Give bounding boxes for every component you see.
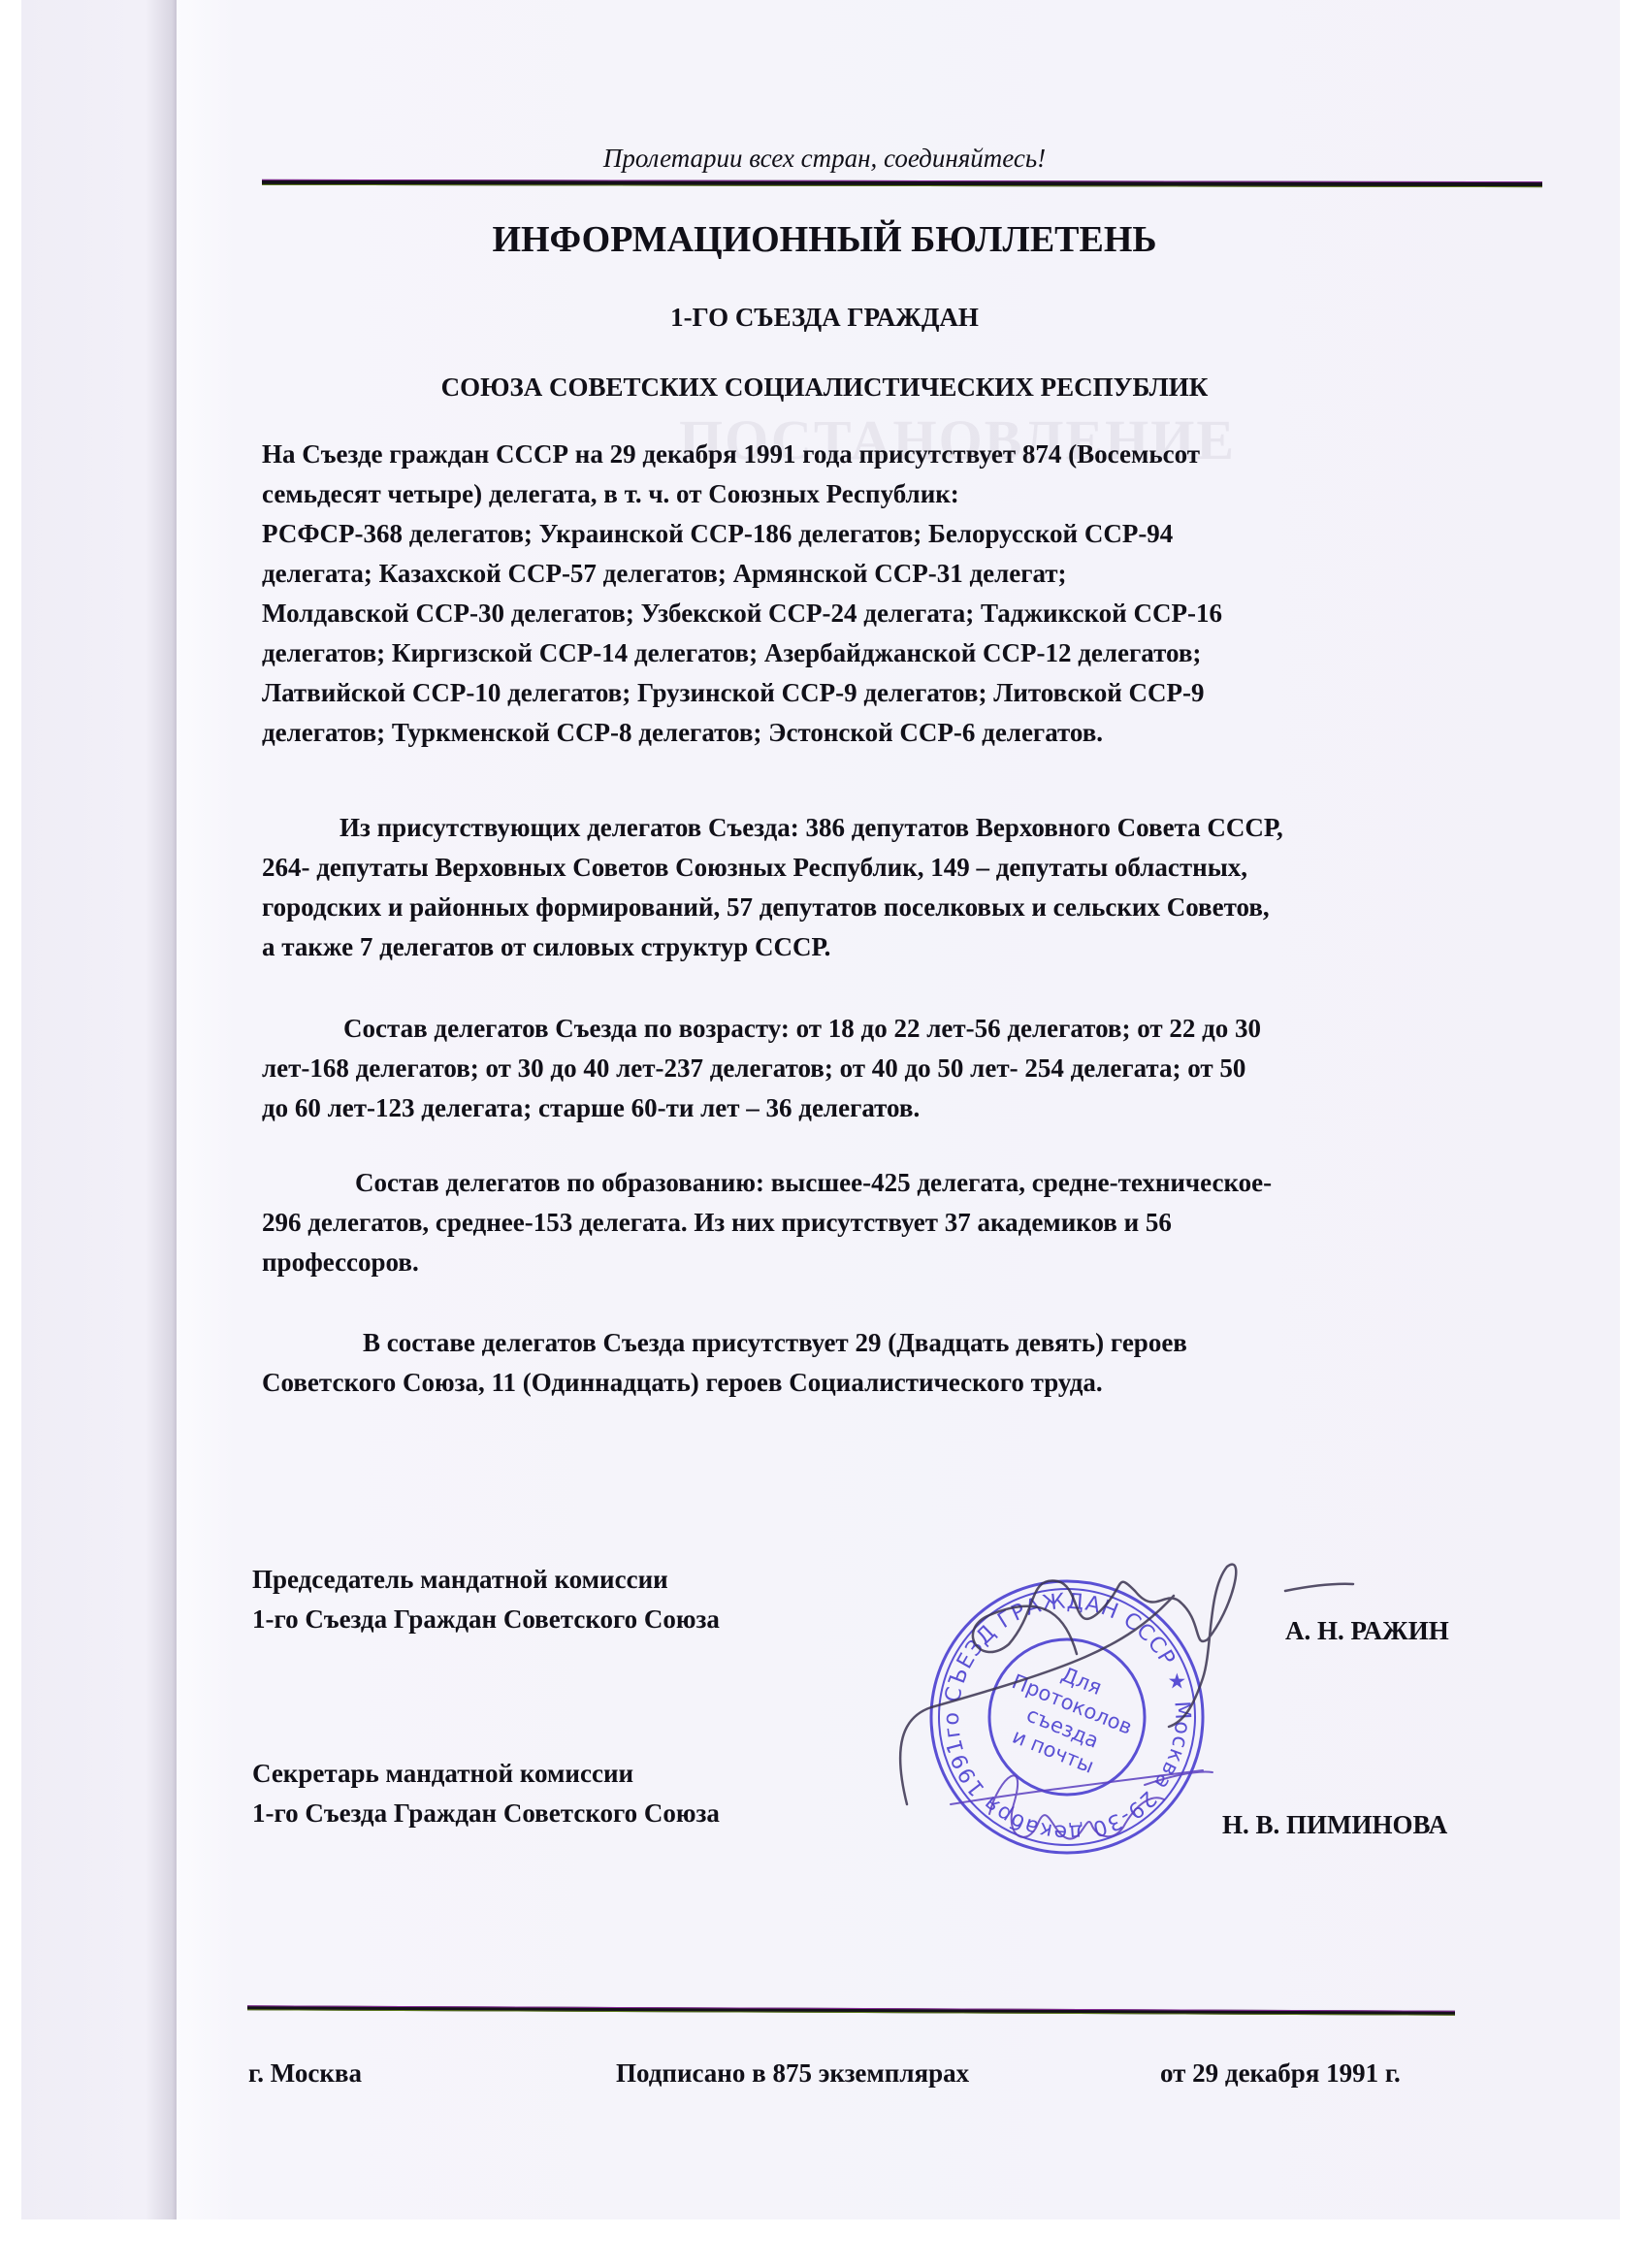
handwritten-signatures <box>0 0 1649 2268</box>
paragraph-heroes: В составе делегатов Съезда присутствует … <box>262 1323 1523 1403</box>
paragraph-education-composition: Состав делегатов по образованию: высшее-… <box>262 1163 1523 1282</box>
footer-city: г. Москва <box>248 2058 362 2089</box>
signature-title-line: 1-го Съезда Граждан Советского Союза <box>252 1600 720 1639</box>
text-line: Состав делегатов по образованию: высшее-… <box>262 1163 1523 1203</box>
signature-title-line: 1-го Съезда Граждан Советского Союза <box>252 1794 720 1833</box>
paragraph-delegates-by-republic: На Съезде граждан СССР на 29 декабря 199… <box>262 435 1523 753</box>
document-title: ИНФОРМАЦИОННЫЙ БЮЛЛЕТЕНЬ <box>0 218 1649 261</box>
chairman-title: Председатель мандатной комиссии 1-го Съе… <box>252 1560 720 1639</box>
official-stamp-icon: СЪЕЗД ГРАЖДАН СССР ★ Москва 29-30 декабр… <box>926 1576 1208 1858</box>
text-line: лет-168 делегатов; от 30 до 40 лет-237 д… <box>262 1049 1523 1088</box>
text-line: Состав делегатов Съезда по возрасту: от … <box>262 1009 1523 1049</box>
text-line: профессоров. <box>262 1243 1523 1282</box>
text-line: а также 7 делегатов от силовых структур … <box>262 927 1523 967</box>
text-line: Советского Союза, 11 (Одиннадцать) герое… <box>262 1363 1523 1403</box>
bulletin-document: Пролетарии всех стран, соединяйтесь! ИНФ… <box>0 0 1649 2268</box>
text-line: Из присутствующих делегатов Съезда: 386 … <box>262 808 1523 848</box>
text-line: РСФСР-368 делегатов; Украинской ССР-186 … <box>262 514 1523 554</box>
signature-title-line: Секретарь мандатной комиссии <box>252 1754 720 1794</box>
footer-divider <box>247 2005 1455 2015</box>
signature-title-line: Председатель мандатной комиссии <box>252 1560 720 1600</box>
document-subtitle-line2: СОЮЗА СОВЕТСКИХ СОЦИАЛИСТИЧЕСКИХ РЕСПУБЛ… <box>0 373 1649 403</box>
text-line: Молдавской ССР-30 делегатов; Узбекской С… <box>262 594 1523 633</box>
text-line: до 60 лет-123 делегата; старше 60-ти лет… <box>262 1088 1523 1128</box>
secretary-title: Секретарь мандатной комиссии 1-го Съезда… <box>252 1754 720 1833</box>
text-line: Латвийской ССР-10 делегатов; Грузинской … <box>262 673 1523 713</box>
paragraph-deputies: Из присутствующих делегатов Съезда: 386 … <box>262 808 1523 967</box>
text-line: делегатов; Туркменской ССР-8 делегатов; … <box>262 713 1523 753</box>
text-line: делегата; Казахской ССР-57 делегатов; Ар… <box>262 554 1523 594</box>
document-subtitle-line1: 1-ГО СЪЕЗДА ГРАЖДАН <box>0 303 1649 333</box>
text-line: 296 делегатов, среднее-153 делегата. Из … <box>262 1203 1523 1243</box>
paragraph-age-composition: Состав делегатов Съезда по возрасту: от … <box>262 1009 1523 1128</box>
chairman-name: А. Н. РАЖИН <box>1285 1616 1449 1646</box>
secretary-name: Н. В. ПИМИНОВА <box>1222 1810 1447 1840</box>
text-line: 264- депутаты Верховных Советов Союзных … <box>262 848 1523 888</box>
footer-date: от 29 декабря 1991 г. <box>1160 2058 1401 2089</box>
footer-copies: Подписано в 875 экземплярах <box>616 2058 969 2089</box>
text-line: В составе делегатов Съезда присутствует … <box>262 1323 1523 1363</box>
text-line: На Съезде граждан СССР на 29 декабря 199… <box>262 435 1523 474</box>
text-line: семьдесят четыре) делегата, в т. ч. от С… <box>262 474 1523 514</box>
text-line: делегатов; Киргизской ССР-14 делегатов; … <box>262 633 1523 673</box>
motto: Пролетарии всех стран, соединяйтесь! <box>0 144 1649 174</box>
text-line: городских и районных формирований, 57 де… <box>262 888 1523 927</box>
header-divider <box>262 179 1542 187</box>
